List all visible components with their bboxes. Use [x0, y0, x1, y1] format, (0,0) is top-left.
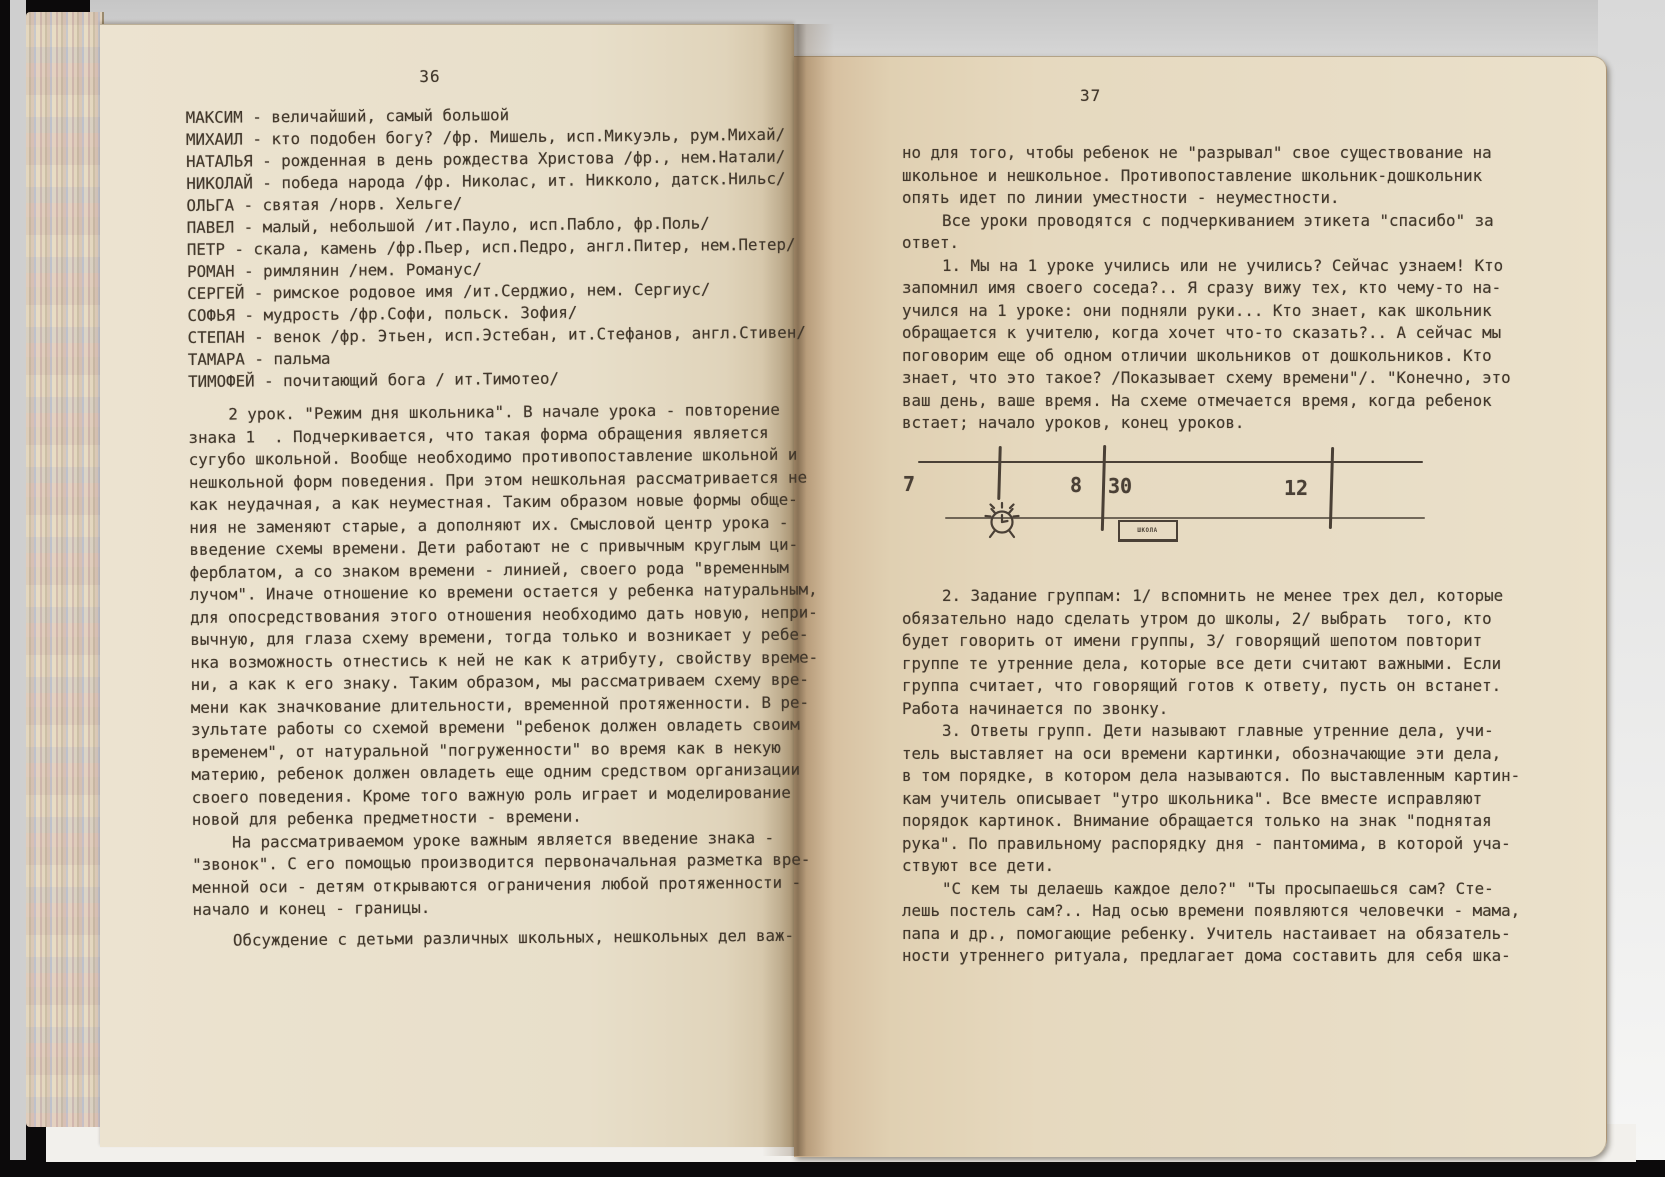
paragraph-question-1: 1. Мы на 1 уроке учились или не учились?… — [902, 255, 1511, 435]
paragraph-morning-ritual: "С кем ты делаешь каждое дело?" "Ты прос… — [902, 878, 1520, 968]
paragraph-etiquette: Все уроки проводятся с подчеркиванием эт… — [902, 210, 1511, 255]
paragraph-continuation: но для того, чтобы ребенок не "разрывал"… — [902, 142, 1511, 210]
time-axis-tick-7 — [997, 446, 1002, 500]
time-label-12: 12 — [1284, 476, 1308, 500]
time-label-8: 8 — [1070, 473, 1082, 497]
alarm-clock-icon — [982, 493, 1024, 541]
paragraph-group-task: 2. Задание группам: 1/ вспомнить не мене… — [902, 585, 1520, 720]
page-number-37: 37 — [1080, 86, 1101, 105]
time-axis-line — [918, 461, 1423, 463]
time-label-7: 7 — [903, 472, 915, 496]
school-sign: ШКОЛА — [1118, 520, 1178, 542]
scanned-book-spread: 36 МАКСИМ - величайший, самый большой МИ… — [0, 0, 1665, 1177]
time-label-30: 30 — [1108, 474, 1132, 498]
page-37-content: 37 но для того, чтобы ребенок не "разрыв… — [0, 0, 1665, 1177]
page-37-paragraphs-top: но для того, чтобы ребенок не "разрывал"… — [902, 142, 1511, 435]
school-sign-label: ШКОЛА — [1138, 527, 1158, 533]
time-axis-diagram: 7 8 30 12 — [890, 438, 1460, 563]
paragraph-group-answers: 3. Ответы групп. Дети называют главные у… — [902, 720, 1520, 878]
page-37-paragraphs-bottom: 2. Задание группам: 1/ вспомнить не мене… — [902, 585, 1520, 968]
